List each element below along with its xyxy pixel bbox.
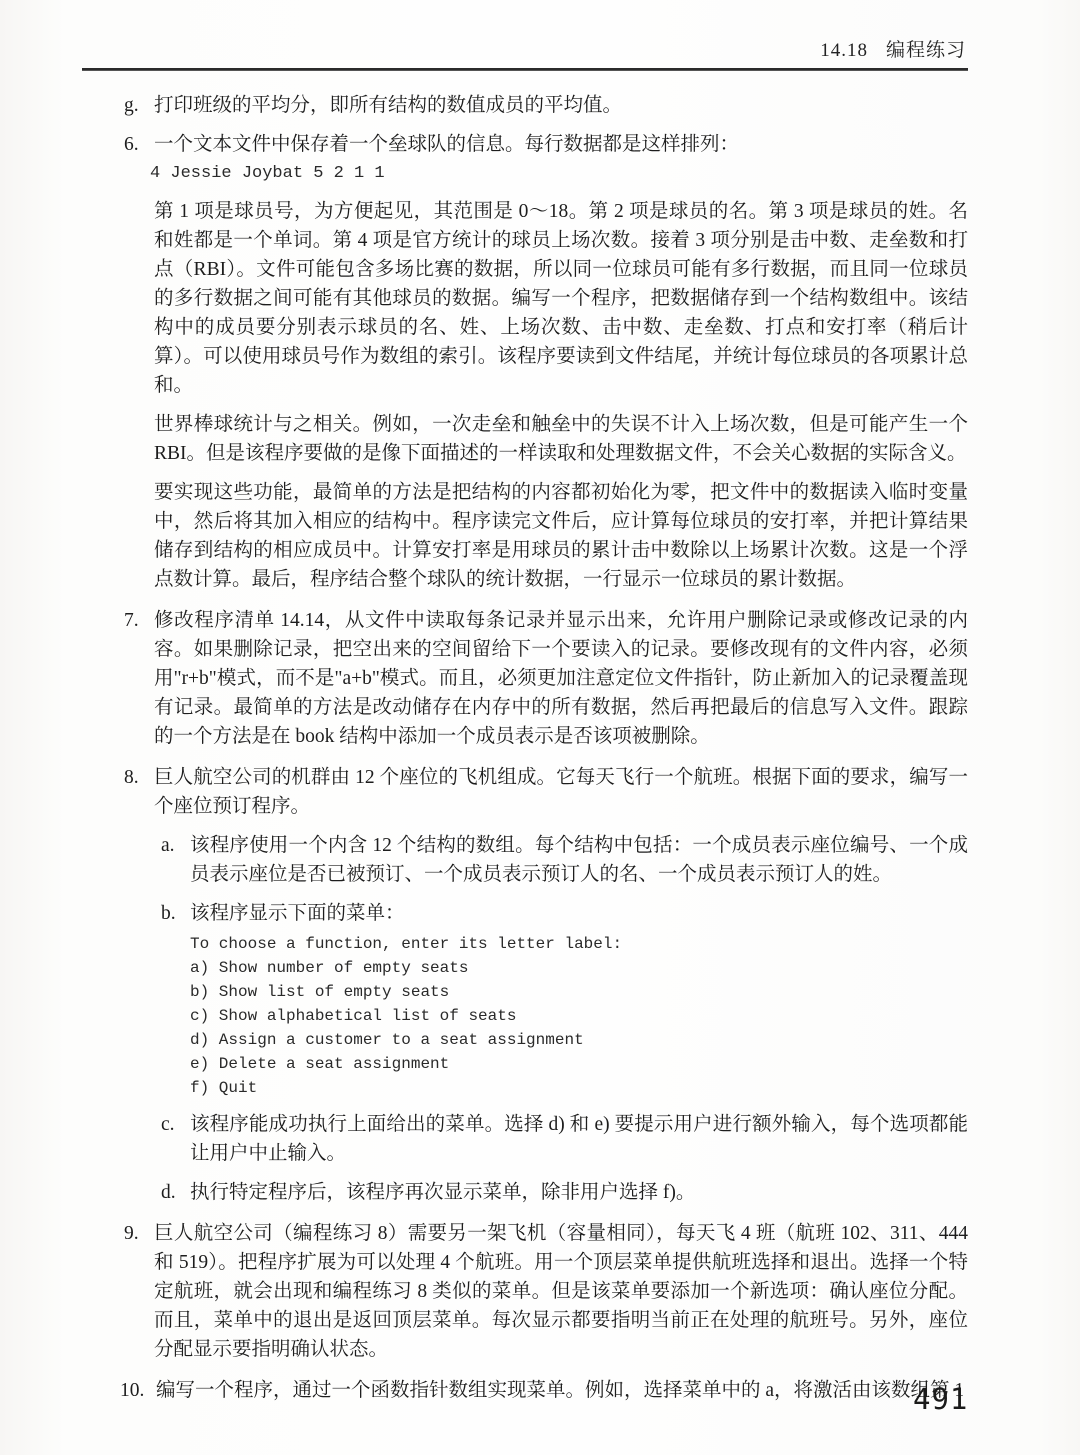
sub-item-label: c.	[161, 1110, 190, 1168]
menu-code-block: To choose a function, enter its letter l…	[190, 932, 968, 1100]
section-title: 编程练习	[886, 40, 966, 61]
item-number: 9.	[124, 1219, 154, 1364]
sub-item-text: 执行特定程序后，该程序再次显示菜单，除非用户选择 f)。	[190, 1178, 968, 1207]
menu-line: b) Show list of empty seats	[190, 980, 968, 1004]
sub-item-b: b. 该程序显示下面的菜单：	[154, 899, 968, 928]
menu-line: c) Show alphabetical list of seats	[190, 1004, 968, 1028]
page-body: 14.18编程练习 g. 打印班级的平均分，即所有结构的数值成员的平均值。 6.…	[82, 40, 968, 1405]
item-intro: 巨人航空公司的机群由 12 个座位的飞机组成。它每天飞行一个航班。根据下面的要求…	[154, 763, 968, 821]
item-text: 编写一个程序，通过一个函数指针数组实现菜单。例如，选择菜单中的 a，将激活由该数…	[156, 1376, 968, 1405]
exercise-item-8: 8. 巨人航空公司的机群由 12 个座位的飞机组成。它每天飞行一个航班。根据下面…	[82, 763, 968, 1207]
menu-line: e) Delete a seat assignment	[190, 1052, 968, 1076]
paragraph: 要实现这些功能，最简单的方法是把结构的内容都初始化为零，把文件中的数据读入临时变…	[154, 478, 968, 594]
item-text: 巨人航空公司（编程练习 8）需要另一架飞机（容量相同），每天飞 4 班（航班 1…	[154, 1219, 968, 1364]
sample-data-line: 4 Jessie Joybat 5 2 1 1	[150, 161, 968, 187]
sub-item-c: c. 该程序能成功执行上面给出的菜单。选择 d) 和 e) 要提示用户进行额外输…	[154, 1110, 968, 1168]
sub-item-label: d.	[161, 1178, 190, 1207]
exercise-item-6: 6. 一个文本文件中保存着一个垒球队的信息。每行数据都是这样排列： 4 Jess…	[82, 130, 968, 594]
item-number: 7.	[124, 606, 154, 751]
item-body: 巨人航空公司的机群由 12 个座位的飞机组成。它每天飞行一个航班。根据下面的要求…	[154, 763, 968, 1207]
running-head: 14.18编程练习	[82, 40, 968, 62]
item-text: 打印班级的平均分，即所有结构的数值成员的平均值。	[154, 91, 968, 120]
item-intro: 一个文本文件中保存着一个垒球队的信息。每行数据都是这样排列：	[154, 130, 968, 159]
item-number: 8.	[124, 763, 154, 1207]
sub-item-label: b.	[161, 899, 190, 928]
paragraph: 世界棒球统计与之相关。例如，一次走垒和触垒中的失误不计入上场次数，但是可能产生一…	[154, 410, 968, 468]
item-text: 修改程序清单 14.14，从文件中读取每条记录并显示出来，允许用户删除记录或修改…	[154, 606, 968, 751]
exercise-item-9: 9. 巨人航空公司（编程练习 8）需要另一架飞机（容量相同），每天飞 4 班（航…	[82, 1219, 968, 1364]
section-number: 14.18	[820, 40, 868, 61]
sub-item-label: a.	[161, 831, 190, 889]
paragraph: 第 1 项是球员号，为方便起见，其范围是 0～18。第 2 项是球员的名。第 3…	[154, 197, 968, 400]
item-body: 一个文本文件中保存着一个垒球队的信息。每行数据都是这样排列： 4 Jessie …	[154, 130, 968, 594]
exercises-content: g. 打印班级的平均分，即所有结构的数值成员的平均值。 6. 一个文本文件中保存…	[82, 91, 968, 1405]
sub-item-d: d. 执行特定程序后，该程序再次显示菜单，除非用户选择 f)。	[154, 1178, 968, 1207]
menu-line: d) Assign a customer to a seat assignmen…	[190, 1028, 968, 1052]
sub-item-text: 该程序显示下面的菜单：	[190, 899, 968, 928]
item-label: g.	[124, 91, 154, 120]
header-rule	[82, 68, 968, 71]
sub-item-a: a. 该程序使用一个内含 12 个结构的数组。每个结构中包括：一个成员表示座位编…	[154, 831, 968, 889]
exercise-item-10: 10. 编写一个程序，通过一个函数指针数组实现菜单。例如，选择菜单中的 a，将激…	[82, 1376, 968, 1405]
exercise-item-7: 7. 修改程序清单 14.14，从文件中读取每条记录并显示出来，允许用户删除记录…	[82, 606, 968, 751]
sub-item-text: 该程序使用一个内含 12 个结构的数组。每个结构中包括：一个成员表示座位编号、一…	[190, 831, 968, 889]
item-number: 6.	[124, 130, 154, 594]
book-page: 14.18编程练习 g. 打印班级的平均分，即所有结构的数值成员的平均值。 6.…	[0, 0, 1080, 1455]
menu-line: f) Quit	[190, 1076, 968, 1100]
sub-item-text: 该程序能成功执行上面给出的菜单。选择 d) 和 e) 要提示用户进行额外输入，每…	[190, 1110, 968, 1168]
page-number: 491	[913, 1382, 968, 1416]
menu-line: To choose a function, enter its letter l…	[190, 932, 968, 956]
exercise-item-g: g. 打印班级的平均分，即所有结构的数值成员的平均值。	[82, 91, 968, 120]
menu-line: a) Show number of empty seats	[190, 956, 968, 980]
item-number: 10.	[120, 1376, 156, 1405]
